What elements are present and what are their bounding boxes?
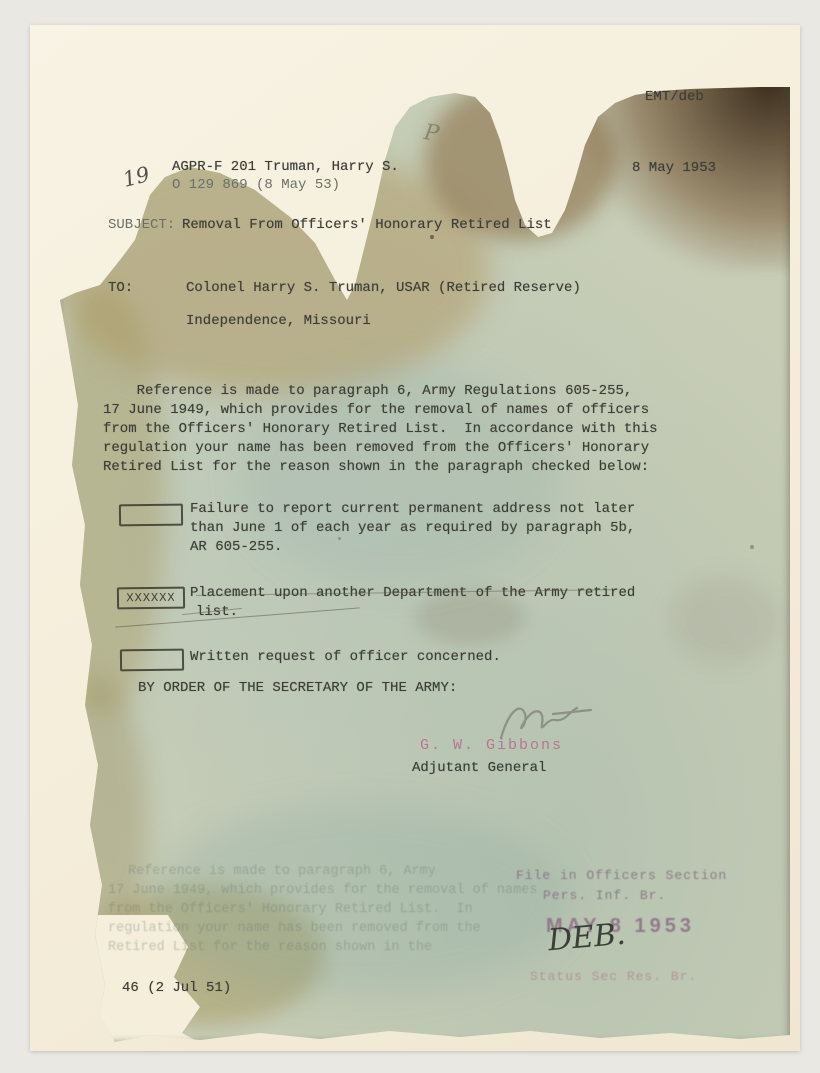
body-line: Reference is made to paragraph 6, Army R…: [103, 382, 632, 401]
handwritten-margin-number: 19: [121, 165, 152, 190]
scanned-document-page: { "page": { "background_color": "#eae8e3…: [0, 0, 820, 1073]
checkbox-1-line: than June 1 of each year as required by …: [190, 519, 635, 538]
body-line: regulation your name has been removed fr…: [103, 439, 649, 458]
file-section-stamp-line1: File in Officers Section: [516, 868, 727, 883]
bleed-through-line: Reference is made to paragraph 6, Army: [128, 862, 436, 881]
form-number: 46 (2 Jul 51): [122, 979, 231, 998]
checkbox-written-request: [120, 649, 184, 672]
handwritten-initials: DEB.: [547, 925, 626, 951]
checkbox-3-line: Written request of officer concerned.: [190, 648, 501, 667]
document-content: EMT/deb 8 May 1953 19 P AGPR-F 201 Truma…: [0, 0, 820, 1073]
bleed-through-line: from the Officers' Honorary Retired List…: [108, 900, 473, 919]
signer-title: Adjutant General: [412, 759, 546, 778]
pencil-mark: P: [423, 123, 441, 144]
status-section-stamp: Status Sec Res. Br.: [530, 969, 697, 984]
body-line: from the Officers' Honorary Retired List…: [103, 420, 658, 439]
subject-label: SUBJECT:: [108, 216, 175, 235]
bleed-through-line: regulation your name has been removed fr…: [108, 919, 481, 938]
file-reference-line2: O 129 869 (8 May 53): [172, 176, 340, 195]
order-line: BY ORDER OF THE SECRETARY OF THE ARMY:: [138, 679, 457, 698]
file-reference-line1: AGPR-F 201 Truman, Harry S.: [172, 158, 399, 177]
bleed-through-line: 17 June 1949, which provides for the rem…: [108, 881, 537, 900]
file-section-stamp-line2: Pers. Inf. Br.: [543, 888, 666, 903]
body-line: 17 June 1949, which provides for the rem…: [103, 401, 649, 420]
recipient-address: Independence, Missouri: [186, 312, 371, 331]
subject-text: Removal From Officers' Honorary Retired …: [182, 216, 552, 235]
recipient-name: Colonel Harry S. Truman, USAR (Retired R…: [186, 279, 581, 298]
body-line: Retired List for the reason shown in the…: [103, 458, 649, 477]
checkbox-failure-to-report: [119, 504, 183, 527]
signer-name-stamp: G. W. Gibbons: [420, 737, 563, 754]
checkbox-placement-checked: XXXXXX: [117, 587, 185, 610]
to-label: TO:: [108, 279, 133, 298]
typist-initials: EMT/deb: [645, 88, 704, 107]
letter-date: 8 May 1953: [632, 159, 716, 178]
checkbox-1-line: AR 605-255.: [190, 538, 282, 557]
bleed-through-line: Retired List for the reason shown in the: [108, 938, 432, 957]
checkbox-1-line: Failure to report current permanent addr…: [190, 500, 635, 519]
